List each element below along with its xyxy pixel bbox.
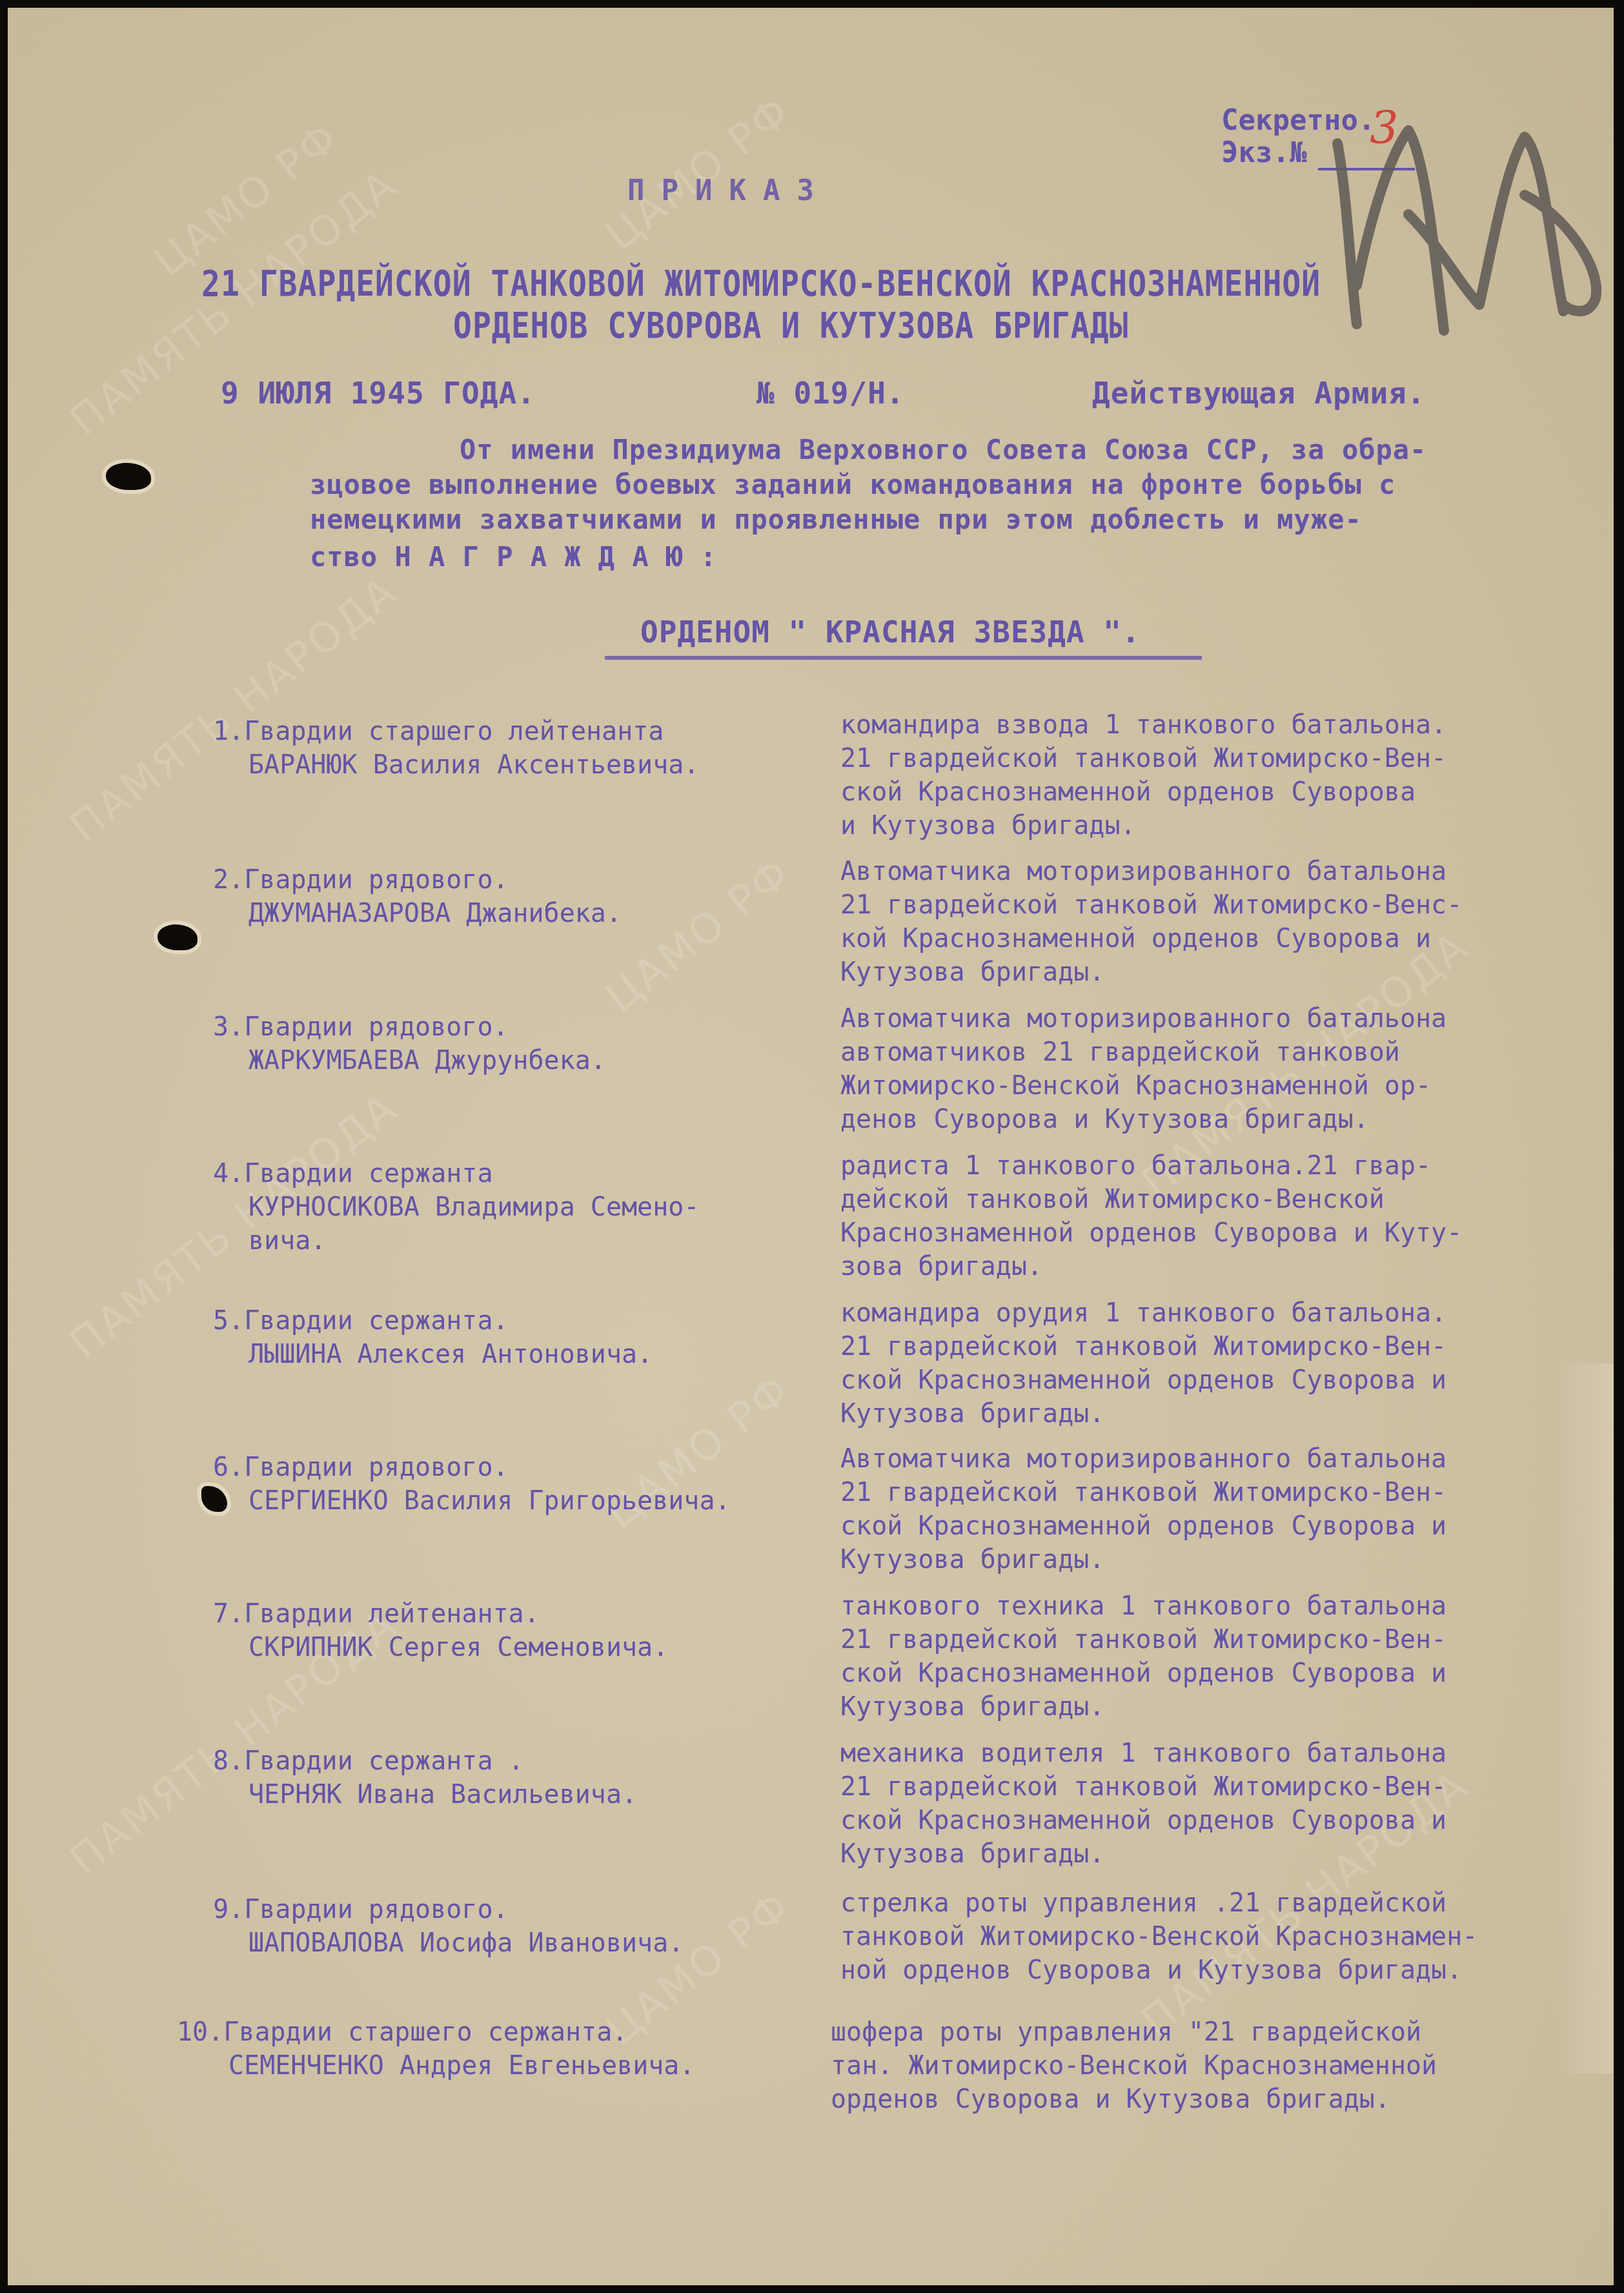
entry-rank: Гвардии сержанта [244,1159,492,1188]
entry-rank: Гвардии сержанта . [244,1746,523,1776]
preamble-line: зцовое выполнение боевых заданий командо… [310,469,1396,500]
document-page: ПАМЯТЬ НАРОДА ЦАМО РФ ЦАМО РФ ПАМЯТЬ НАР… [8,8,1614,2285]
entry-name: СЕРГИЕНКО Василия Григорьевича. [213,1484,826,1518]
entry-position: стрелка роты управления .21 гвардейскойт… [840,1886,1615,1987]
entry-name: ШАПОВАЛОВА Иосифа Ивановича. [213,1926,826,1960]
entry-name: ДЖУМАНАЗАРОВА Джанибека. [213,897,826,930]
entry-rank: Гвардии рядового. [244,1452,508,1482]
punch-hole [157,924,198,950]
entry-position: механика водителя 1 танкового батальона2… [840,1737,1615,1871]
entry-name: СЕМЕНЧЕНКО Андрея Евгеньевича. [177,2049,790,2083]
entry-rank: Гвардии лейтенанта. [244,1599,540,1629]
award-heading: ОРДЕНОМ " КРАСНАЯ ЗВЕЗДА ". [640,615,1141,649]
order-date: 9 ИЮЛЯ 1945 ГОДА. [221,376,536,411]
entry-name: ЛЫШИНА Алексея Антоновича. [213,1338,826,1371]
entry-rank: Гвардии сержанта. [244,1306,508,1336]
unit-header-line-1: 21 ГВАРДЕЙСКОЙ ТАНКОВОЙ ЖИТОМИРСКО-ВЕНСК… [201,263,1321,305]
preamble-line: ство Н А Г Р А Ж Д А Ю : [310,541,717,573]
entry-position: радиста 1 танкового батальона.21 гвар-де… [840,1149,1615,1283]
entry-position: шофера роты управления "21 гвардейскойта… [831,2015,1605,2116]
award-heading-underline [605,656,1202,660]
list-item: 9.Гвардии рядового. ШАПОВАЛОВА Иосифа Ив… [213,1893,826,1960]
list-item: 10.Гвардии старшего сержанта. СЕМЕНЧЕНКО… [177,2015,790,2083]
entry-name: КУРНОСИКОВА Владимира Семено- [213,1190,826,1224]
entry-name: СКРИПНИК Сергея Семеновича. [213,1631,826,1664]
preamble-line: От имени Президиума Верховного Совета Со… [460,434,1426,465]
order-number: № 019/Н. [756,376,905,411]
entry-name: ЧЕРНЯК Ивана Васильевича. [213,1778,826,1811]
signature-icon [1312,117,1621,337]
entry-position: танкового техника 1 танкового батальона2… [840,1589,1615,1724]
list-item: 1.Гвардии старшего лейтенанта БАРАНЮК Ва… [213,715,826,782]
list-item: 4.Гвардии сержанта КУРНОСИКОВА Владимира… [213,1157,826,1258]
list-item: 6.Гвардии рядового. СЕРГИЕНКО Василия Гр… [213,1451,826,1518]
list-item: 8.Гвардии сержанта . ЧЕРНЯК Ивана Василь… [213,1744,826,1811]
list-item: 7.Гвардии лейтенанта. СКРИПНИК Сергея Се… [213,1597,826,1664]
watermark: ЦАМО РФ [597,87,800,260]
list-item: 3.Гвардии рядового. ЖАРКУМБАЕВА Джурунбе… [213,1010,826,1077]
entry-rank: Гвардии старшего сержанта. [223,2017,627,2047]
preamble-line: немецкими захватчиками и проявленные при… [310,504,1362,535]
list-item: 2.Гвардии рядового. ДЖУМАНАЗАРОВА Джаниб… [213,863,826,930]
entry-name: БАРАНЮК Василия Аксентьевича. [213,748,826,782]
entry-rank: Гвардии рядового. [244,865,508,895]
entry-name: ЖАРКУМБАЕВА Джурунбека. [213,1044,826,1077]
entry-rank: Гвардии старшего лейтенанта [244,717,664,746]
entry-name-continued: вича. [213,1224,826,1258]
entry-position: Автоматчика моторизированного батальона2… [840,855,1615,989]
unit-header-line-2: ОРДЕНОВ СУВОРОВА И КУТУЗОВА БРИГАДЫ [453,305,1128,347]
entry-position: командира орудия 1 танкового батальона.2… [840,1296,1615,1431]
list-item: 5.Гвардии сержанта. ЛЫШИНА Алексея Антон… [213,1304,826,1371]
watermark: ПАМЯТЬ НАРОДА [61,567,407,851]
document-title: ПРИКАЗ [627,174,831,207]
entry-position: Автоматчика моторизированного батальонаа… [840,1002,1615,1136]
entry-position: Автоматчика моторизированного батальона2… [840,1442,1615,1576]
punch-hole [106,463,151,490]
entry-rank: Гвардии рядового. [244,1895,508,1924]
location: Действующая Армия. [1092,376,1426,411]
entry-position: командира взвода 1 танкового батальона.2… [840,708,1615,842]
entry-rank: Гвардии рядового. [244,1012,508,1042]
